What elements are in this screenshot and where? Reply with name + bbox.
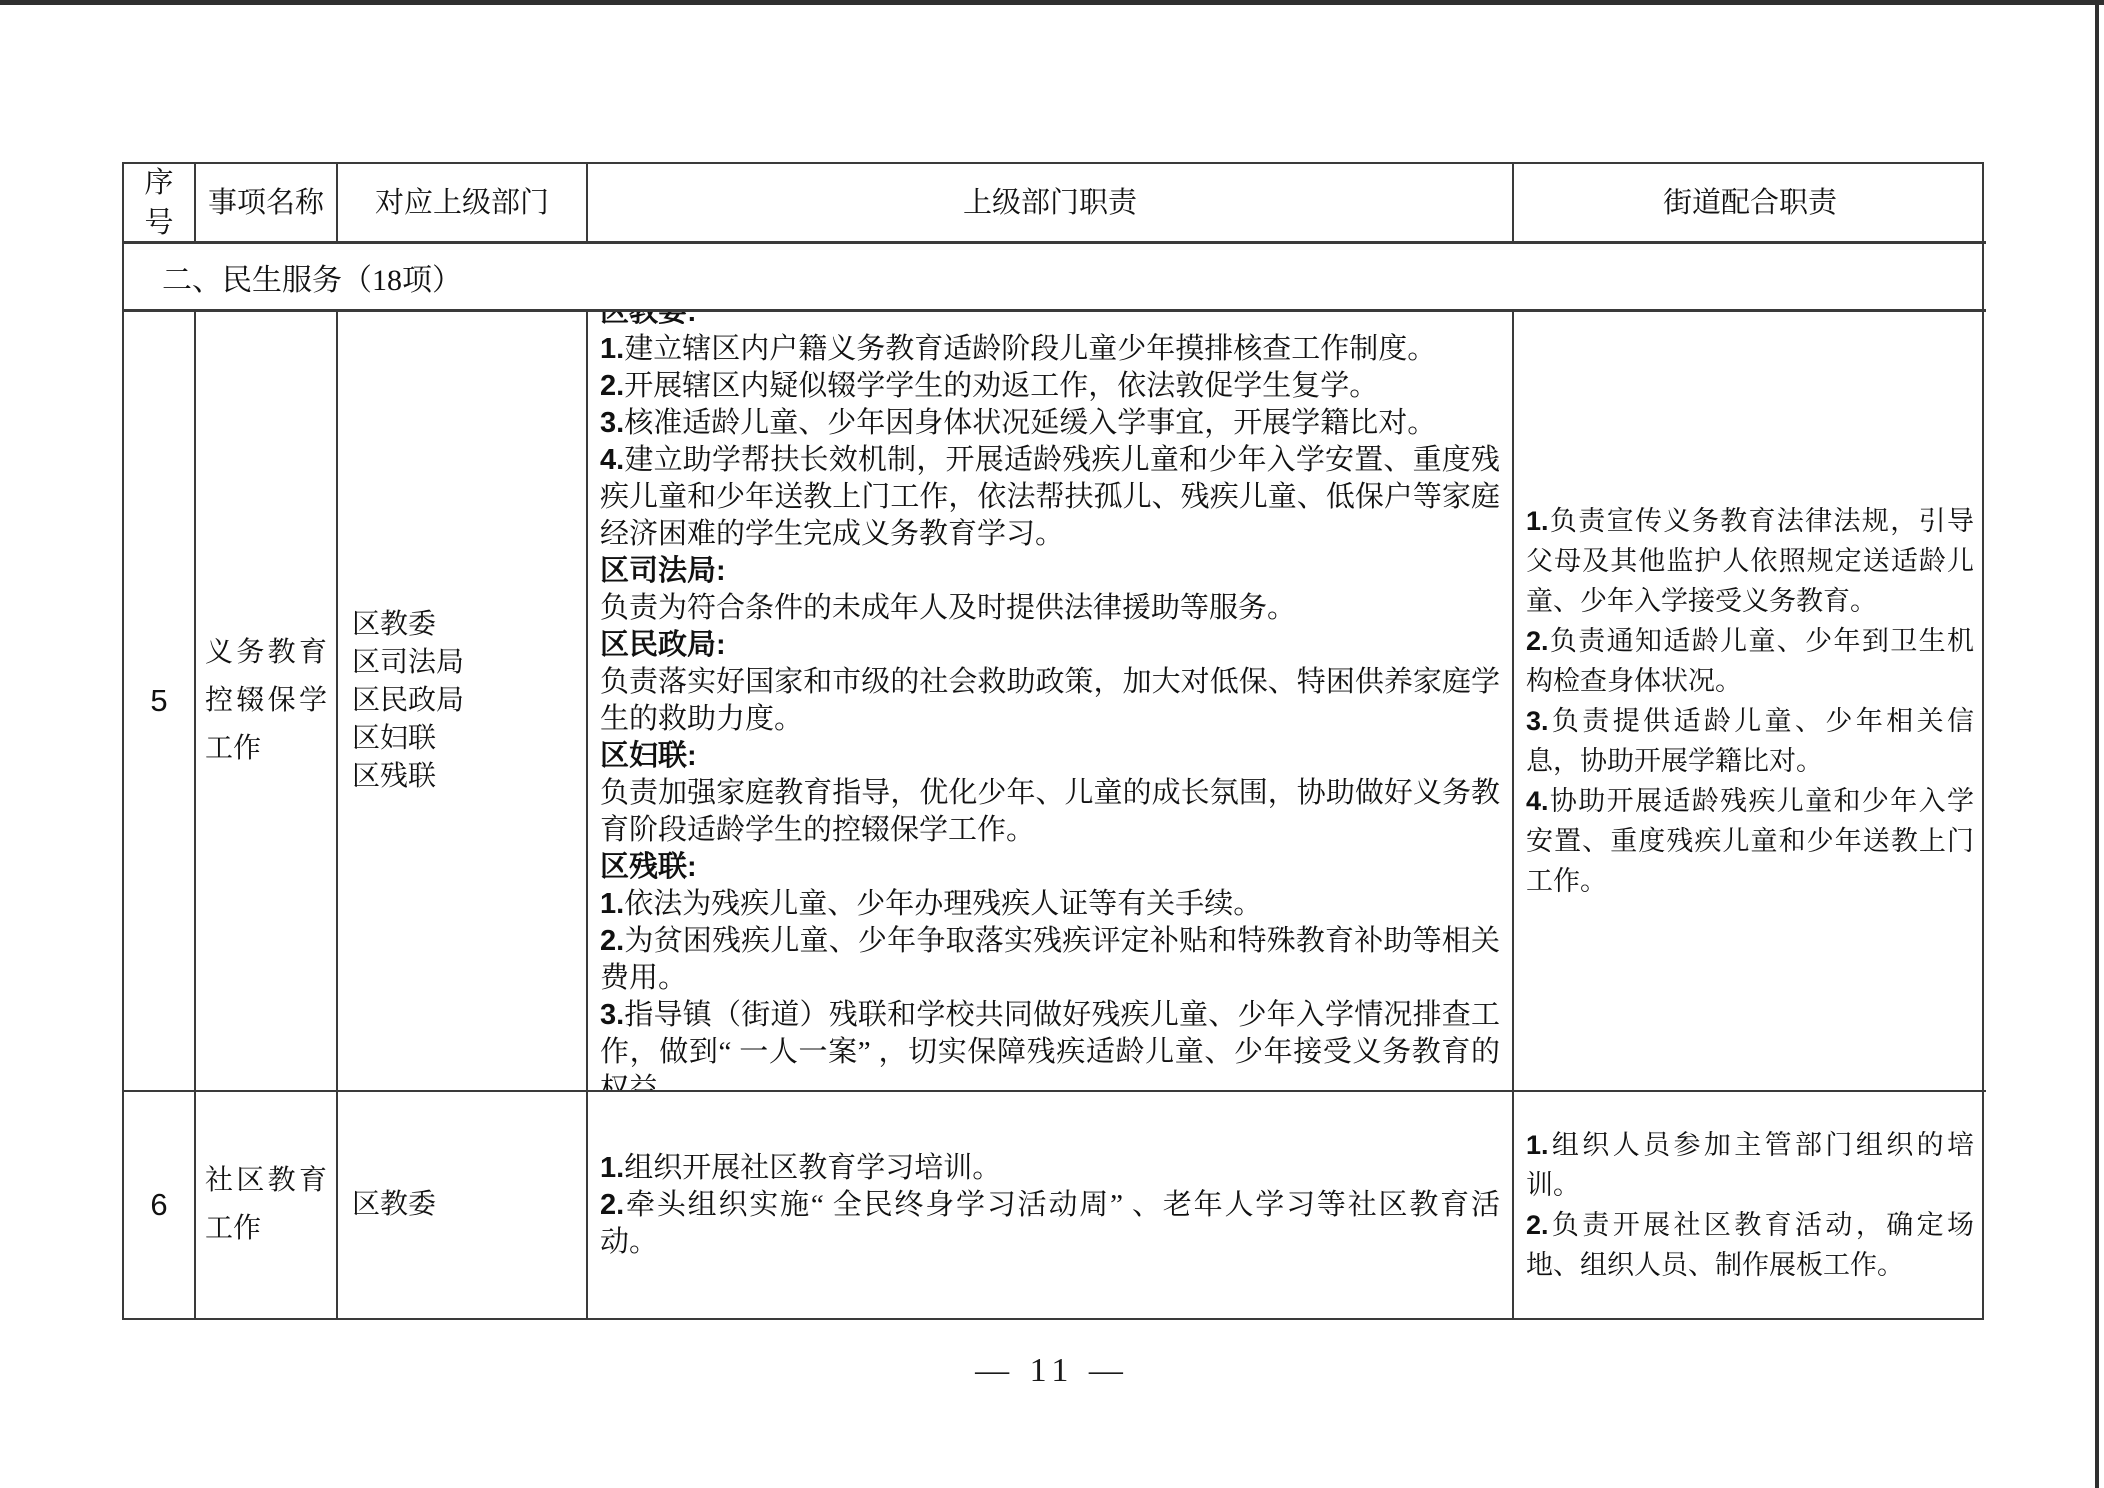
duty-item: 4.协助开展适龄残疾儿童和少年入学安置、重度残疾儿童和少年送教上门工作。 bbox=[1526, 781, 1974, 901]
duty-item: 1.负责宣传义务教育法律法规，引导父母及其他监护人依照规定送适龄儿童、少年入学接… bbox=[1526, 501, 1974, 621]
header-serial-number-label: 序号 bbox=[142, 164, 175, 243]
duty-item: 负责为符合条件的未成年人及时提供法律援助等服务。 bbox=[600, 590, 1500, 627]
duty-item: 3.指导镇（街道）残联和学校共同做好残疾儿童、少年入学情况排查工作，做到“ 一人… bbox=[600, 997, 1500, 1092]
duty-item: 负责加强家庭教育指导，优化少年、儿童的成长氛围，协助做好义务教育阶段适龄学生的控… bbox=[600, 775, 1500, 849]
row-serial-number: 6 bbox=[124, 1092, 196, 1318]
row-item-name: 义务教育控辍保学工作 bbox=[196, 312, 338, 1092]
row-item-name-text: 社区教育工作 bbox=[205, 1157, 327, 1253]
header-item-name: 事项名称 bbox=[196, 164, 338, 244]
item-number: 2. bbox=[600, 1189, 624, 1221]
header-superior-duties: 上级部门职责 bbox=[588, 164, 1514, 244]
header-street-duties: 街道配合职责 bbox=[1514, 164, 1986, 244]
duty-item: 2.为贫困残疾儿童、少年争取落实残疾评定补贴和特殊教育补助等相关费用。 bbox=[600, 923, 1500, 997]
item-number: 3. bbox=[600, 407, 624, 439]
duty-item: 2.负责开展社区教育活动，确定场地、组织人员、制作展板工作。 bbox=[1526, 1205, 1974, 1285]
duty-item: 3.负责提供适龄儿童、少年相关信息，协助开展学籍比对。 bbox=[1526, 701, 1974, 781]
department-heading: 区教委: bbox=[600, 312, 1500, 331]
row-superior-duties: 1.组织开展社区教育学习培训。2.牵头组织实施“ 全民终身学习活动周” 、老年人… bbox=[588, 1092, 1514, 1318]
department-heading: 区民政局: bbox=[600, 627, 1500, 664]
row-superior-departments: 区教委区司法局区民政局区妇联区残联 bbox=[338, 312, 588, 1092]
duty-item: 1.依法为残疾儿童、少年办理残疾人证等有关手续。 bbox=[600, 886, 1500, 923]
department-line: 区司法局 bbox=[352, 644, 580, 682]
duty-item: 1.组织开展社区教育学习培训。 bbox=[600, 1150, 1500, 1187]
row-superior-departments: 区教委 bbox=[338, 1092, 588, 1318]
item-number: 4. bbox=[1526, 786, 1549, 816]
duty-item: 1.组织人员参加主管部门组织的培训。 bbox=[1526, 1125, 1974, 1205]
department-heading: 区妇联: bbox=[600, 738, 1500, 775]
row-item-name-text: 义务教育控辍保学工作 bbox=[205, 629, 327, 773]
duty-item: 2.负责通知适龄儿童、少年到卫生机构检查身体状况。 bbox=[1526, 621, 1974, 701]
section-title: 二、民生服务（18项） bbox=[124, 244, 1986, 312]
item-number: 1. bbox=[1526, 506, 1549, 536]
item-number: 2. bbox=[600, 925, 624, 957]
row-superior-duties: 区教委:1.建立辖区内户籍义务教育适龄阶段儿童少年摸排核查工作制度。2.开展辖区… bbox=[588, 312, 1514, 1092]
duty-item: 1.建立辖区内户籍义务教育适龄阶段儿童少年摸排核查工作制度。 bbox=[600, 331, 1500, 368]
department-line: 区教委 bbox=[352, 1186, 580, 1224]
responsibility-table: 序号 事项名称 对应上级部门 上级部门职责 街道配合职责 二、民生服务（18项）… bbox=[122, 162, 1984, 1320]
department-heading: 区残联: bbox=[600, 849, 1500, 886]
department-heading: 区司法局: bbox=[600, 553, 1500, 590]
row-street-duties: 1.负责宣传义务教育法律法规，引导父母及其他监护人依照规定送适龄儿童、少年入学接… bbox=[1514, 312, 1986, 1092]
duty-item: 3.核准适龄儿童、少年因身体状况延缓入学事宜，开展学籍比对。 bbox=[600, 405, 1500, 442]
row-item-name: 社区教育工作 bbox=[196, 1092, 338, 1318]
duty-item: 2.牵头组织实施“ 全民终身学习活动周” 、老年人学习等社区教育活动。 bbox=[600, 1187, 1500, 1261]
header-superior-department: 对应上级部门 bbox=[338, 164, 588, 244]
row-serial-number: 5 bbox=[124, 312, 196, 1092]
header-serial-number: 序号 bbox=[124, 164, 196, 244]
item-number: 2. bbox=[1526, 1210, 1549, 1240]
duty-item: 4.建立助学帮扶长效机制，开展适龄残疾儿童和少年入学安置、重度残疾儿童和少年送教… bbox=[600, 442, 1500, 553]
item-number: 1. bbox=[1526, 1130, 1549, 1160]
row-street-duties: 1.组织人员参加主管部门组织的培训。2.负责开展社区教育活动，确定场地、组织人员… bbox=[1514, 1092, 1986, 1318]
item-number: 3. bbox=[1526, 706, 1549, 736]
department-line: 区教委 bbox=[352, 606, 580, 644]
item-number: 4. bbox=[600, 444, 624, 476]
duty-item: 2.开展辖区内疑似辍学学生的劝返工作，依法敦促学生复学。 bbox=[600, 368, 1500, 405]
item-number: 1. bbox=[600, 1152, 624, 1184]
item-number: 2. bbox=[600, 370, 624, 402]
page-number: — 11 — bbox=[0, 1352, 2104, 1390]
item-number: 3. bbox=[600, 999, 624, 1031]
duty-item: 负责落实好国家和市级的社会救助政策，加大对低保、特困供养家庭学生的救助力度。 bbox=[600, 664, 1500, 738]
department-line: 区残联 bbox=[352, 758, 580, 796]
department-line: 区妇联 bbox=[352, 720, 580, 758]
window-top-edge bbox=[0, 0, 2104, 5]
window-right-edge bbox=[2095, 0, 2099, 1488]
department-line: 区民政局 bbox=[352, 682, 580, 720]
item-number: 1. bbox=[600, 888, 624, 920]
item-number: 2. bbox=[1526, 626, 1549, 656]
item-number: 1. bbox=[600, 333, 624, 365]
